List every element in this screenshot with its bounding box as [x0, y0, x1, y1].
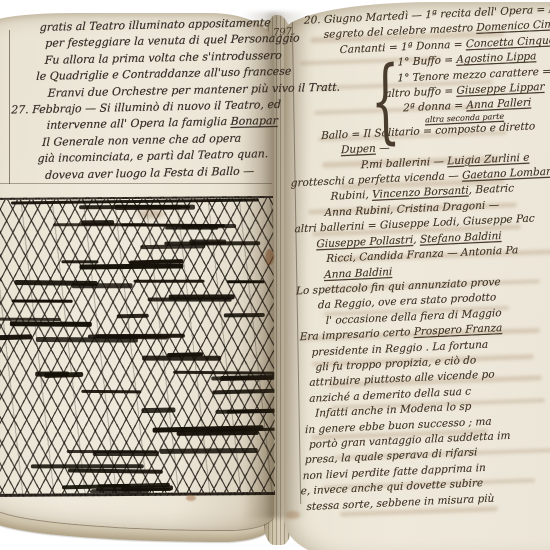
- manuscript-photo: gratis al Teatro illuminato appositament…: [0, 0, 550, 550]
- strike-bar: [213, 387, 275, 393]
- strike-bar: [190, 239, 227, 244]
- strike-bar: [133, 280, 204, 283]
- strike-bar: [142, 356, 221, 361]
- strike-bar: [81, 390, 141, 394]
- strike-bar: [31, 465, 144, 469]
- strike-bar: [141, 407, 176, 412]
- strike-bar: [91, 489, 149, 493]
- strike-bar: [68, 469, 164, 475]
- strike-bar: [226, 280, 264, 283]
- left-margin-rule: [9, 30, 10, 184]
- strike-bar: [168, 294, 234, 299]
- strike-bar: [211, 376, 273, 381]
- strike-bar: [140, 245, 205, 250]
- strike-bar: [61, 261, 98, 264]
- left-page-text: gratis al Teatro illuminato appositament…: [31, 15, 274, 184]
- strike-bar: [160, 448, 258, 454]
- strike-bar: [173, 371, 275, 375]
- left-horizontal-rule: [0, 183, 272, 184]
- strike-bar: [35, 371, 69, 376]
- strike-bar: [11, 198, 259, 204]
- strike-bar: [0, 334, 32, 340]
- strike-bar: [117, 314, 149, 319]
- strike-bar: [12, 299, 73, 303]
- strike-bar: [79, 205, 117, 210]
- right-page-text: 20. Giugno Martedì — 1ª recita dell' Ope…: [294, 2, 550, 516]
- strike-bar: [224, 313, 266, 318]
- strike-bar: [36, 337, 138, 342]
- strike-bar: [93, 451, 159, 456]
- strike-bar: [71, 283, 132, 288]
- strike-bar: [10, 321, 92, 326]
- censored-hatch-block: [0, 196, 275, 497]
